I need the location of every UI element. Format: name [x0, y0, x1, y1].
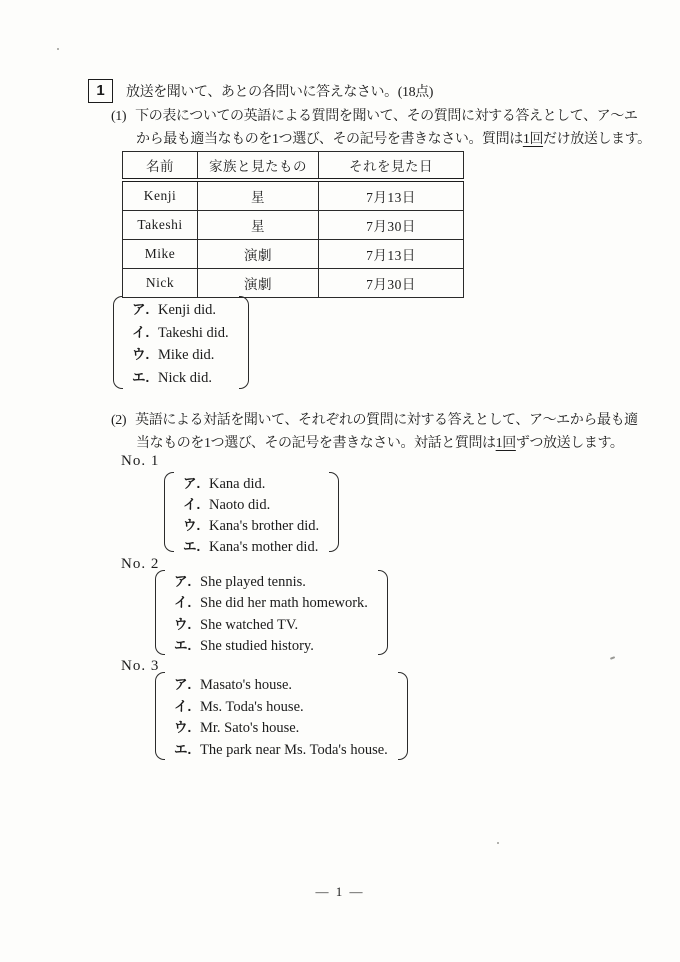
part1-line2-post: だけ放送します。 — [543, 132, 651, 147]
choice-text: She did her math homework. — [200, 595, 368, 612]
no3-choices: ア. Masato's house. イ. Ms. Toda's house. … — [155, 672, 408, 760]
choice-text: She played tennis. — [200, 574, 306, 591]
choice-text: Mike did. — [158, 347, 214, 364]
table-row: Takeshi 星 7月30日 — [123, 211, 464, 240]
question-number-box: 1 — [88, 79, 113, 103]
part1-choices: ア. Kenji did. イ. Takeshi did. ウ. Mike di… — [113, 296, 249, 389]
part1-paragraph-line2: から最も適当なものを1つ選び、その記号を書きなさい。質問は1回だけ放送します。 — [136, 129, 651, 150]
page-number: — 1 — — [0, 884, 680, 900]
choice-text: Takeshi did. — [158, 325, 229, 342]
exam-page: 1 放送を聞いて、あとの各問いに答えなさい。(18点) (1)下の表についての英… — [0, 0, 680, 962]
choice-text: Kana did. — [209, 476, 265, 493]
table-header-row: 名前 家族と見たもの それを見た日 — [123, 152, 464, 181]
schedule-table: 名前 家族と見たもの それを見た日 Kenji 星 7月13日 Takeshi … — [122, 151, 464, 298]
table-header-name: 名前 — [123, 152, 198, 181]
choice-text: Mr. Sato's house. — [200, 720, 299, 737]
choice-text: The park near Ms. Toda's house. — [200, 742, 388, 759]
choice-text: She studied history. — [200, 638, 314, 655]
cell-date: 7月30日 — [319, 211, 464, 240]
choice-kana: ウ. — [183, 514, 209, 534]
choice-kana: ア. — [174, 570, 200, 590]
question-instruction: 放送を聞いて、あとの各問いに答えなさい。(18点) — [126, 79, 433, 103]
cell-name: Takeshi — [123, 211, 198, 240]
left-bracket — [113, 296, 123, 389]
choice-item: エ. The park near Ms. Toda's house. — [174, 738, 388, 759]
choice-item: ア. Masato's house. — [174, 673, 388, 694]
choice-text: Masato's house. — [200, 677, 292, 694]
right-bracket — [378, 570, 388, 655]
table-row: Nick 演劇 7月30日 — [123, 269, 464, 298]
choice-item: イ. She did her math homework. — [174, 591, 368, 612]
choice-text: Kana's mother did. — [209, 539, 318, 556]
left-bracket — [155, 570, 165, 655]
part1-line1-text: 下の表についての英語による質問を聞いて、その質問に対する答えとして、ア～エ — [135, 109, 637, 124]
choice-item: ウ. Kana's brother did. — [183, 514, 319, 535]
part2-line2-pre: 当なものを1つ選び、その記号を書きなさい。対話と質問は — [136, 436, 496, 451]
right-bracket — [239, 296, 249, 389]
choice-kana: ア. — [174, 673, 200, 693]
scan-speck — [57, 48, 59, 50]
no1-choices: ア. Kana did. イ. Naoto did. ウ. Kana's bro… — [164, 472, 339, 552]
choice-text: She watched TV. — [200, 617, 298, 634]
choice-kana: エ. — [132, 366, 158, 386]
part2-paragraph-line2: 当なものを1つ選び、その記号を書きなさい。対話と質問は1回ずつ放送します。 — [136, 433, 624, 454]
choice-kana: ウ. — [132, 343, 158, 363]
choice-kana: エ. — [174, 738, 200, 758]
choice-text: Ms. Toda's house. — [200, 699, 304, 716]
part2-label: (2) — [111, 413, 126, 428]
cell-date: 7月13日 — [319, 180, 464, 211]
table-row: Mike 演劇 7月13日 — [123, 240, 464, 269]
item-no2-label: No. 2 — [121, 556, 159, 573]
left-bracket — [155, 672, 165, 760]
question-header: 1 放送を聞いて、あとの各問いに答えなさい。(18点) — [88, 79, 433, 103]
cell-what: 星 — [198, 211, 319, 240]
left-bracket — [164, 472, 174, 552]
right-bracket — [398, 672, 408, 760]
cell-name: Nick — [123, 269, 198, 298]
table-header-what: 家族と見たもの — [198, 152, 319, 181]
cell-what: 演劇 — [198, 269, 319, 298]
no2-choices: ア. She played tennis. イ. She did her mat… — [155, 570, 388, 655]
choice-kana: イ. — [174, 695, 200, 715]
choice-text: Kana's brother did. — [209, 518, 319, 535]
choice-kana: ア. — [132, 298, 158, 318]
item-no1-label: No. 1 — [121, 453, 159, 470]
item-no3-label: No. 3 — [121, 658, 159, 675]
part1-paragraph-line1: (1)下の表についての英語による質問を聞いて、その質問に対する答えとして、ア～エ — [111, 106, 637, 127]
choice-text: Nick did. — [158, 370, 212, 387]
choice-kana: エ. — [183, 535, 209, 555]
choice-kana: ア. — [183, 472, 209, 492]
choice-kana: エ. — [174, 634, 200, 654]
choice-item: ウ. Mike did. — [132, 343, 229, 364]
cell-date: 7月13日 — [319, 240, 464, 269]
choice-item: ア. She played tennis. — [174, 570, 368, 591]
choice-kana: イ. — [183, 493, 209, 513]
choice-item: ア. Kana did. — [183, 472, 319, 493]
choice-kana: イ. — [174, 591, 200, 611]
choice-text: Kenji did. — [158, 302, 216, 319]
cell-what: 演劇 — [198, 240, 319, 269]
part2-line1-text: 英語による対話を聞いて、それぞれの質問に対する答えとして、ア～エから最も適 — [135, 413, 638, 428]
cell-name: Mike — [123, 240, 198, 269]
scan-speck — [497, 842, 499, 844]
part1-line2-pre: から最も適当なものを1つ選び、その記号を書きなさい。質問は — [136, 132, 523, 147]
choice-item: エ. Nick did. — [132, 366, 229, 387]
choice-item: ウ. Mr. Sato's house. — [174, 716, 388, 737]
table-header-date: それを見た日 — [319, 152, 464, 181]
choice-kana: ウ. — [174, 613, 200, 633]
part2-line2-underlined: 1回 — [496, 436, 516, 451]
right-bracket — [329, 472, 339, 552]
choice-item: ウ. She watched TV. — [174, 613, 368, 634]
choice-item: イ. Ms. Toda's house. — [174, 695, 388, 716]
part1-label: (1) — [111, 109, 126, 124]
choice-item: イ. Naoto did. — [183, 493, 319, 514]
part2-line2-post: ずつ放送します。 — [516, 436, 624, 451]
choice-item: エ. She studied history. — [174, 634, 368, 655]
table-row: Kenji 星 7月13日 — [123, 180, 464, 211]
choice-kana: ウ. — [174, 716, 200, 736]
choice-item: ア. Kenji did. — [132, 298, 229, 319]
cell-name: Kenji — [123, 180, 198, 211]
scan-speck — [610, 656, 615, 659]
part1-line2-underlined: 1回 — [523, 132, 543, 147]
choice-item: イ. Takeshi did. — [132, 321, 229, 342]
cell-what: 星 — [198, 180, 319, 211]
choice-text: Naoto did. — [209, 497, 270, 514]
cell-date: 7月30日 — [319, 269, 464, 298]
choice-kana: イ. — [132, 321, 158, 341]
choice-item: エ. Kana's mother did. — [183, 535, 319, 556]
part2-paragraph-line1: (2)英語による対話を聞いて、それぞれの質問に対する答えとして、ア～エから最も適 — [111, 410, 638, 431]
